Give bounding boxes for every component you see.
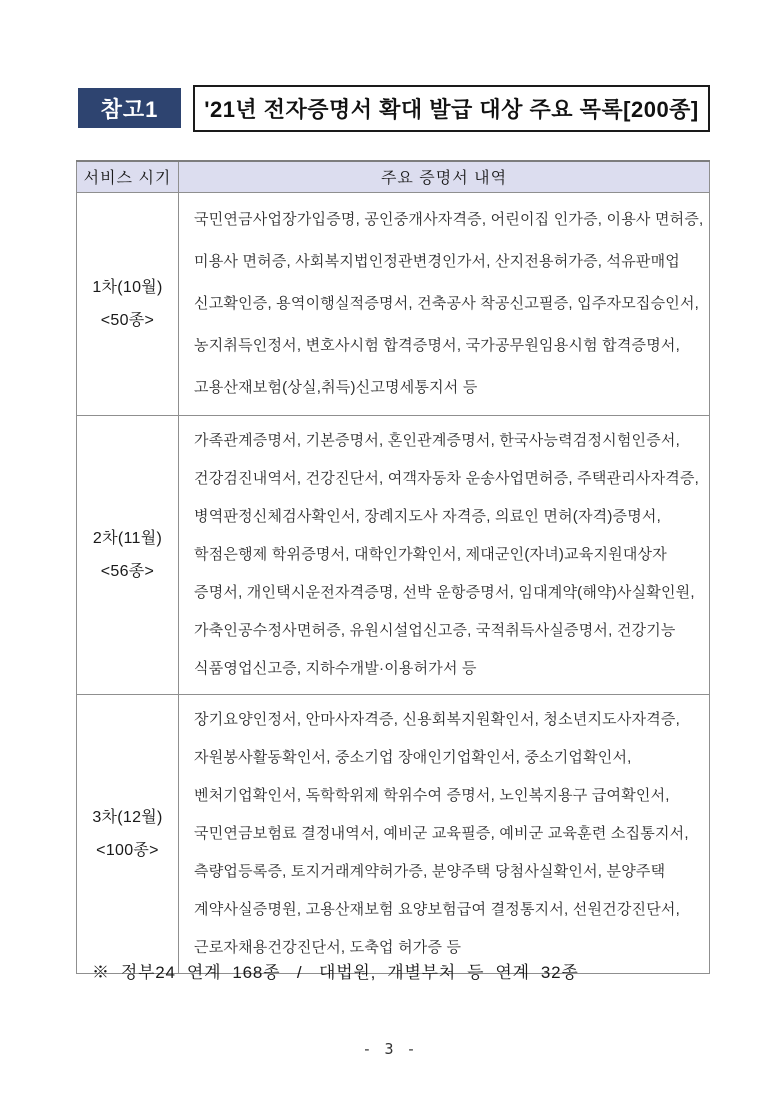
table-row-phase2: 2차(11월) <56종> 가족관계증명서, 기본증명서, 혼인관계증명서, 한… [77, 415, 710, 694]
certificate-line: 농지취득인정서, 변호사시험 합격증명서, 국가공무원임용시험 합격증명서, [194, 325, 703, 367]
table-row-phase1: 1차(10월) <50종> 국민연금사업장가입증명, 공인중개사자격증, 어린이… [77, 192, 710, 415]
certificate-line: 가족관계증명서, 기본증명서, 혼인관계증명서, 한국사능력검정시험인증서, [194, 422, 703, 460]
table-header-row: 서비스 시기 주요 증명서 내역 [77, 161, 710, 192]
phase3-certificates-cell: 장기요양인정서, 안마사자격증, 신용회복지원확인서, 청소년지도사자격증, 자… [179, 694, 710, 973]
certificates-table: 서비스 시기 주요 증명서 내역 1차(10월) <50종> 국민연금사업장가입… [76, 160, 710, 974]
phase3-label-cell: 3차(12월) <100종> [77, 694, 179, 973]
certificate-line: 벤처기업확인서, 독학학위제 학위수여 증명서, 노인복지용구 급여확인서, [194, 777, 703, 815]
count-label: <100종> [78, 834, 177, 867]
phase2-certificates-cell: 가족관계증명서, 기본증명서, 혼인관계증명서, 한국사능력검정시험인증서, 건… [179, 415, 710, 694]
certificate-line: 증명서, 개인택시운전자격증명, 선박 운항증명서, 임대계약(해약)사실확인원… [194, 574, 703, 612]
certificate-line: 건강검진내역서, 건강진단서, 여객자동차 운송사업면허증, 주택관리사자격증, [194, 460, 703, 498]
page-number: - 3 - [0, 1040, 780, 1058]
phase-label: 3차(12월) [78, 801, 177, 834]
certificate-line: 가축인공수정사면허증, 유원시설업신고증, 국적취득사실증명서, 건강기능 [194, 612, 703, 650]
certificate-line: 계약사실증명원, 고용산재보험 요양보험급여 결정통지서, 선원건강진단서, [194, 891, 703, 929]
certificate-line: 병역판정신체검사확인서, 장례지도사 자격증, 의료인 면허(자격)증명서, [194, 498, 703, 536]
footnote: ※ 정부24 연계 168종 / 대법원, 개별부처 등 연계 32종 [92, 958, 579, 983]
certificate-line: 학점은행제 학위증명서, 대학인가확인서, 제대군인(자녀)교육지원대상자 [194, 536, 703, 574]
certificate-line: 국민연금보험료 결정내역서, 예비군 교육필증, 예비군 교육훈련 소집통지서, [194, 815, 703, 853]
phase1-certificates-cell: 국민연금사업장가입증명, 공인중개사자격증, 어린이집 인가증, 이용사 면허증… [179, 192, 710, 415]
phase1-label-cell: 1차(10월) <50종> [77, 192, 179, 415]
document-title-box: '21년 전자증명서 확대 발급 대상 주요 목록[200종] [193, 85, 710, 132]
count-label: <56종> [78, 555, 177, 588]
certificate-line: 신고확인증, 용역이행실적증명서, 건축공사 착공신고필증, 입주자모집승인서, [194, 283, 703, 325]
phase-label: 2차(11월) [78, 522, 177, 555]
document-page: 참고1 '21년 전자증명서 확대 발급 대상 주요 목록[200종] 서비스 … [0, 0, 780, 1103]
phase2-label-cell: 2차(11월) <56종> [77, 415, 179, 694]
count-label: <50종> [78, 304, 177, 337]
certificate-line: 장기요양인정서, 안마사자격증, 신용회복지원확인서, 청소년지도사자격증, [194, 701, 703, 739]
certificate-line: 고용산재보험(상실,취득)신고명세통지서 등 [194, 367, 703, 409]
certificate-line: 측량업등록증, 토지거래계약허가증, 분양주택 당첨사실확인서, 분양주택 [194, 853, 703, 891]
document-title: '21년 전자증명서 확대 발급 대상 주요 목록[200종] [204, 93, 699, 124]
reference-badge: 참고1 [78, 88, 181, 128]
table-row-phase3: 3차(12월) <100종> 장기요양인정서, 안마사자격증, 신용회복지원확인… [77, 694, 710, 973]
document-header: 참고1 '21년 전자증명서 확대 발급 대상 주요 목록[200종] [78, 85, 710, 132]
certificate-line: 자원봉사활동확인서, 중소기업 장애인기업확인서, 중소기업확인서, [194, 739, 703, 777]
certificate-line: 미용사 면허증, 사회복지법인정관변경인가서, 산지전용허가증, 석유판매업 [194, 241, 703, 283]
phase-label: 1차(10월) [78, 271, 177, 304]
certificate-line: 국민연금사업장가입증명, 공인중개사자격증, 어린이집 인가증, 이용사 면허증… [194, 199, 703, 241]
col-header-service-period: 서비스 시기 [77, 161, 179, 192]
certificate-line: 식품영업신고증, 지하수개발·이용허가서 등 [194, 650, 703, 688]
col-header-certificate-list: 주요 증명서 내역 [179, 161, 710, 192]
